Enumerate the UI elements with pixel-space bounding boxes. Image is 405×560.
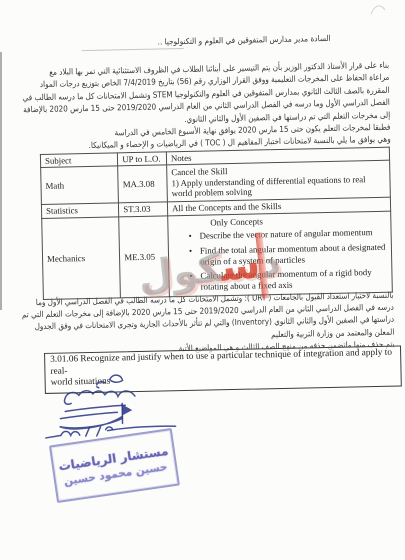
scanned-document-page: السادة مدير مدارس المتفوقين في العلوم و … — [0, 0, 405, 560]
subject-cell: Math — [41, 166, 119, 205]
table-row-mechanics: Mechanics ME.3.05 Only Concepts Describe… — [42, 211, 393, 300]
notes-cell: Cancel the Skill 1) Apply understanding … — [171, 163, 386, 199]
lo-cell: MA.3.08 — [118, 165, 168, 203]
lo-cell: ST.3.03 — [119, 202, 168, 217]
document-content: السادة مدير مدارس المتفوقين في العلوم و … — [0, 0, 405, 560]
subject-cell: Mechanics — [42, 217, 121, 300]
heading-rule — [82, 48, 184, 51]
bullet-item: Find the total angular momentum about a … — [189, 242, 387, 267]
learning-outcomes-table: Subject UP to L.O. Notes Math MA.3.08 Ca… — [40, 147, 393, 301]
note-line: 1) Apply understanding of differential e… — [171, 173, 385, 199]
bullet-item: Calculate the angular momentum of a rigi… — [189, 267, 387, 292]
page-title: السادة مدير مدارس المتفوقين في العلوم و … — [157, 34, 330, 47]
mechanics-bullet-list: Describe the vector nature of angular mo… — [189, 227, 388, 292]
lo-cell: ME.3.05 — [119, 216, 169, 298]
col-header-lo: UP to L.O. — [118, 152, 167, 166]
bullet-item: Describe the vector nature of angular mo… — [189, 227, 387, 242]
note-title: Only Concepts — [210, 214, 386, 228]
intro-paragraph: بناء على قرار الأستاذ الدكتور الوزير بأن… — [22, 59, 391, 154]
